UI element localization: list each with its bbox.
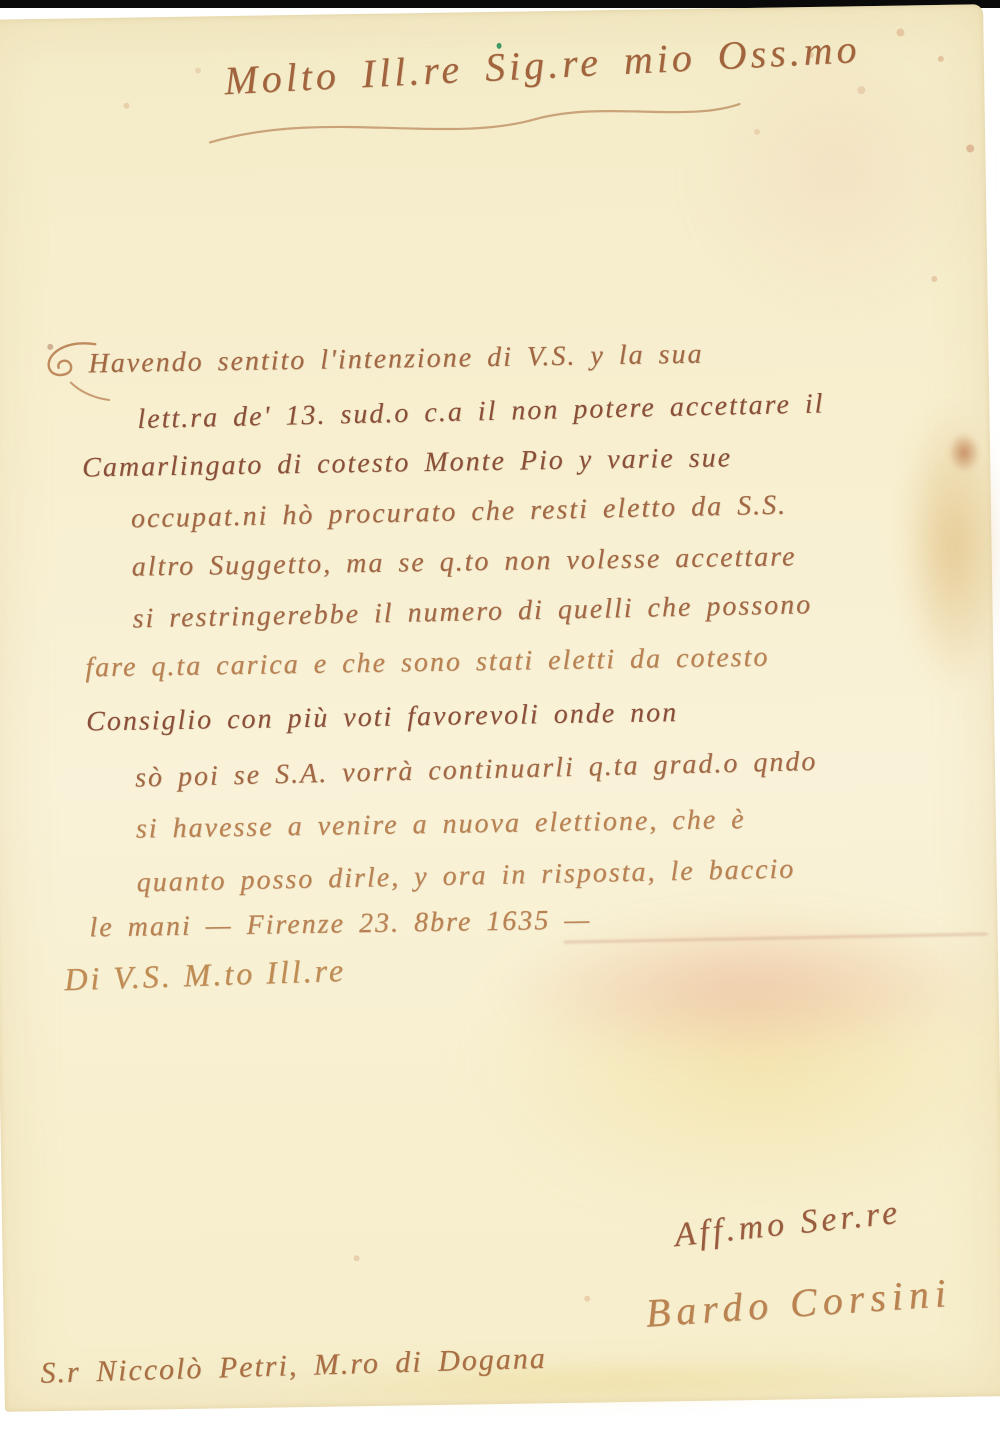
valediction: Aff.mo Ser.re <box>673 1194 903 1255</box>
signature: Bardo Corsini <box>644 1269 953 1337</box>
stain-right-spot <box>948 432 981 472</box>
body-line-11: quanto posso dirle, y ora in risposta, l… <box>136 854 795 900</box>
body-line-4: occupat.ni hò procurato che resti eletto… <box>131 490 788 536</box>
addressee-line: S.r Niccolò Petri, M.ro di Dogana <box>40 1342 547 1391</box>
body-line-1: Havendo sentito l'intenzione di V.S. y l… <box>88 339 703 381</box>
letter-page: Molto Ill.re Sig.re mio Oss.mo Havendo s… <box>0 4 1000 1412</box>
closing-formula: Di V.S. M.to Ill.re <box>64 952 347 998</box>
body-line-3: Camarlingato di cotesto Monte Pio y vari… <box>82 442 732 484</box>
body-line-9: sò poi se S.A. vorrà continuarli q.ta gr… <box>135 746 818 795</box>
body-line-6: si restringerebbe il numero di quelli ch… <box>132 589 812 635</box>
body-line-8: Consiglio con più voti favorevoli onde n… <box>86 697 678 738</box>
body-line-7: fare q.ta carica e che sono stati eletti… <box>85 642 769 685</box>
stain-central-yellow <box>467 903 1000 1212</box>
stain-right-edge <box>895 400 1000 692</box>
fold-crease <box>564 933 988 944</box>
body-line-12: le mani — Firenze 23. 8bre 1635 — <box>89 905 591 945</box>
body-line-2: lett.ra de' 13. sud.o c.a il non potere … <box>137 388 825 436</box>
scanned-letter-background: Molto Ill.re Sig.re mio Oss.mo Havendo s… <box>0 0 1000 1454</box>
body-line-10: si havesse a venire a nuova elettione, c… <box>136 804 746 846</box>
body-line-5: altro Suggetto, ma se q.to non volesse a… <box>131 541 796 583</box>
salutation: Molto Ill.re Sig.re mio Oss.mo <box>223 25 861 104</box>
salutation-flourish-icon <box>204 94 745 152</box>
